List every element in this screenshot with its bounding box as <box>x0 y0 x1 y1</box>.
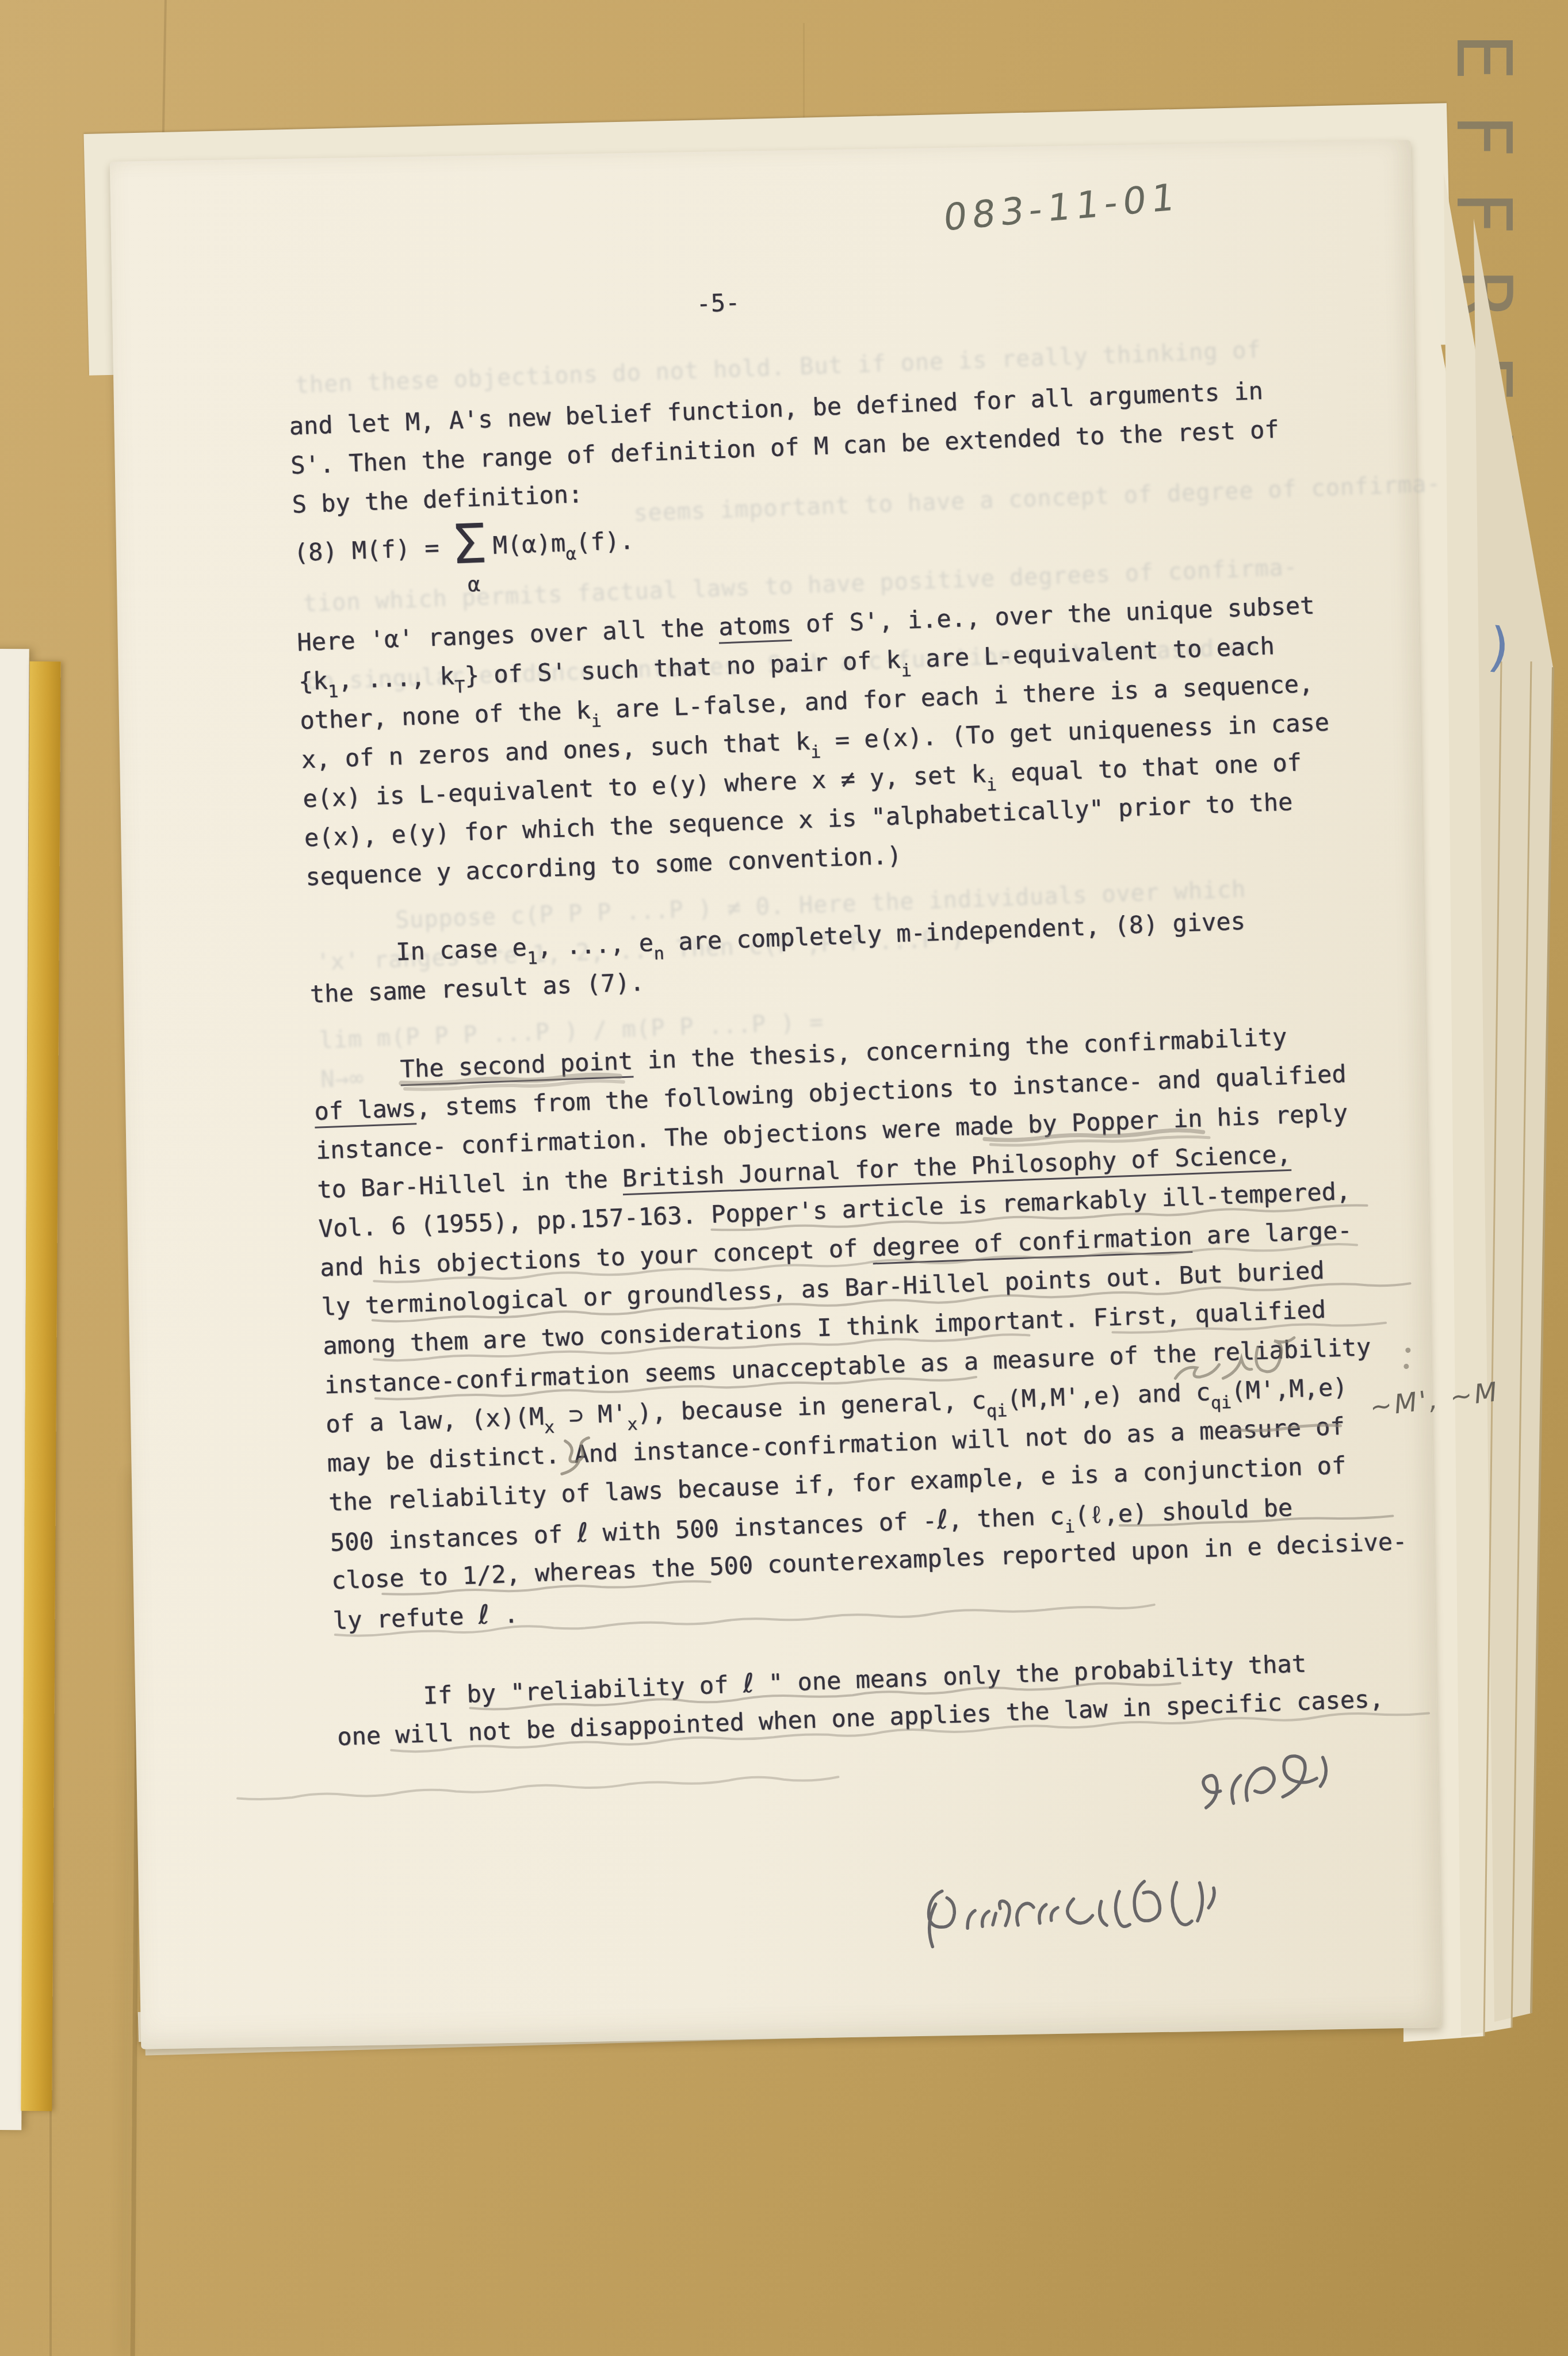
typed-text: are L-equivalent to each <box>911 632 1275 673</box>
typed-text: ℓ <box>576 1517 588 1548</box>
page-number: -5- <box>695 288 740 318</box>
photo-of-typescript-page: JEFFREY ) then these objections do not h… <box>0 0 1568 2356</box>
pencil-wavy-underline <box>238 1774 839 1802</box>
handwritten-scribble-small <box>1202 1755 1327 1808</box>
subscript-text: T <box>454 677 465 698</box>
summation-sigma: Σ <box>453 515 487 574</box>
subscript-text: x <box>627 1414 638 1435</box>
subscript-text: x <box>544 1417 554 1438</box>
typed-text: are large- <box>1192 1216 1353 1250</box>
typed-text: equal to that one of <box>996 748 1302 787</box>
subscript-text: i <box>986 775 997 795</box>
typed-text: , ..., e <box>537 928 654 961</box>
folder-crease <box>49 2094 52 2356</box>
subscript-text: i <box>810 742 821 763</box>
typed-text: ℓ <box>477 1598 489 1630</box>
typed-text: {k <box>298 666 328 695</box>
typed-text: (ℓ,e) should be <box>1074 1493 1293 1529</box>
typed-text: (8) M(f) = <box>293 533 454 567</box>
subscript-text: 1 <box>527 948 538 969</box>
typed-text: ⊃ M' <box>553 1399 627 1430</box>
underlined-text: of laws <box>313 1093 416 1128</box>
typescript-page: then these objections do not hold. But i… <box>110 140 1442 2049</box>
typed-text: other, none of the k <box>300 696 591 735</box>
handwritten-scribble-large <box>928 1879 1216 1946</box>
typed-text: . <box>489 1600 519 1629</box>
typed-text: to Bar-Hillel in the <box>316 1164 622 1203</box>
typed-text: , then c <box>947 1502 1065 1534</box>
typed-text: of a law, (x)(M <box>325 1402 544 1439</box>
typed-text: (M',M,e) <box>1230 1372 1348 1405</box>
paragraph: and let M, A's new belief function, be d… <box>288 368 1382 897</box>
typed-text: S by the definition: <box>292 480 583 518</box>
subscript-text: i <box>901 660 912 681</box>
typed-text: In case e <box>395 933 527 966</box>
paragraph: The second point in the thesis, concerni… <box>312 1013 1409 1639</box>
typed-text: M(α)m <box>492 529 566 560</box>
paragraph: In case e1, ..., en are completely m-ind… <box>308 896 1386 1013</box>
typed-text: Σα <box>453 520 494 579</box>
subscript-text: qi <box>1210 1393 1232 1413</box>
underlined-text: atoms <box>718 610 791 644</box>
blue-pen-edge-mark: ) <box>1486 615 1513 679</box>
paragraph: If by "reliability of ℓ " one means only… <box>335 1639 1414 1757</box>
typed-text: the same result as (7). <box>309 968 645 1008</box>
typed-text: ℓ <box>743 1667 755 1699</box>
typed-text: ly refute <box>332 1601 479 1635</box>
typed-text: ℓ <box>936 1504 949 1535</box>
subscript-text: i <box>1064 1517 1075 1537</box>
underlined-text: The second point <box>400 1046 633 1086</box>
typed-text: (f). <box>575 526 634 557</box>
subscript-text: n <box>653 943 664 964</box>
subscript-text: i <box>591 711 602 732</box>
typed-text: ), because in general, c <box>637 1386 986 1426</box>
handwritten-catalog-number: 083-11-01 <box>942 175 1181 239</box>
subscript-text: α <box>565 544 576 564</box>
subscript-text: 1 <box>328 682 339 702</box>
summation-index: α <box>468 575 481 596</box>
typed-text: 500 instances of <box>330 1520 578 1557</box>
typed-text: , ..., k <box>338 661 455 694</box>
typed-body-text: and let M, A's new belief function, be d… <box>288 368 1413 1757</box>
page-text-layer: then these objections do not hold. But i… <box>91 127 1461 2061</box>
subscript-text: qi <box>986 1401 1007 1421</box>
folder-label-handwriting: JEFFREY <box>1439 0 1528 515</box>
typed-text: (M,M',e) and c <box>1006 1378 1211 1413</box>
typed-text: If by "reliability of <box>423 1670 744 1709</box>
